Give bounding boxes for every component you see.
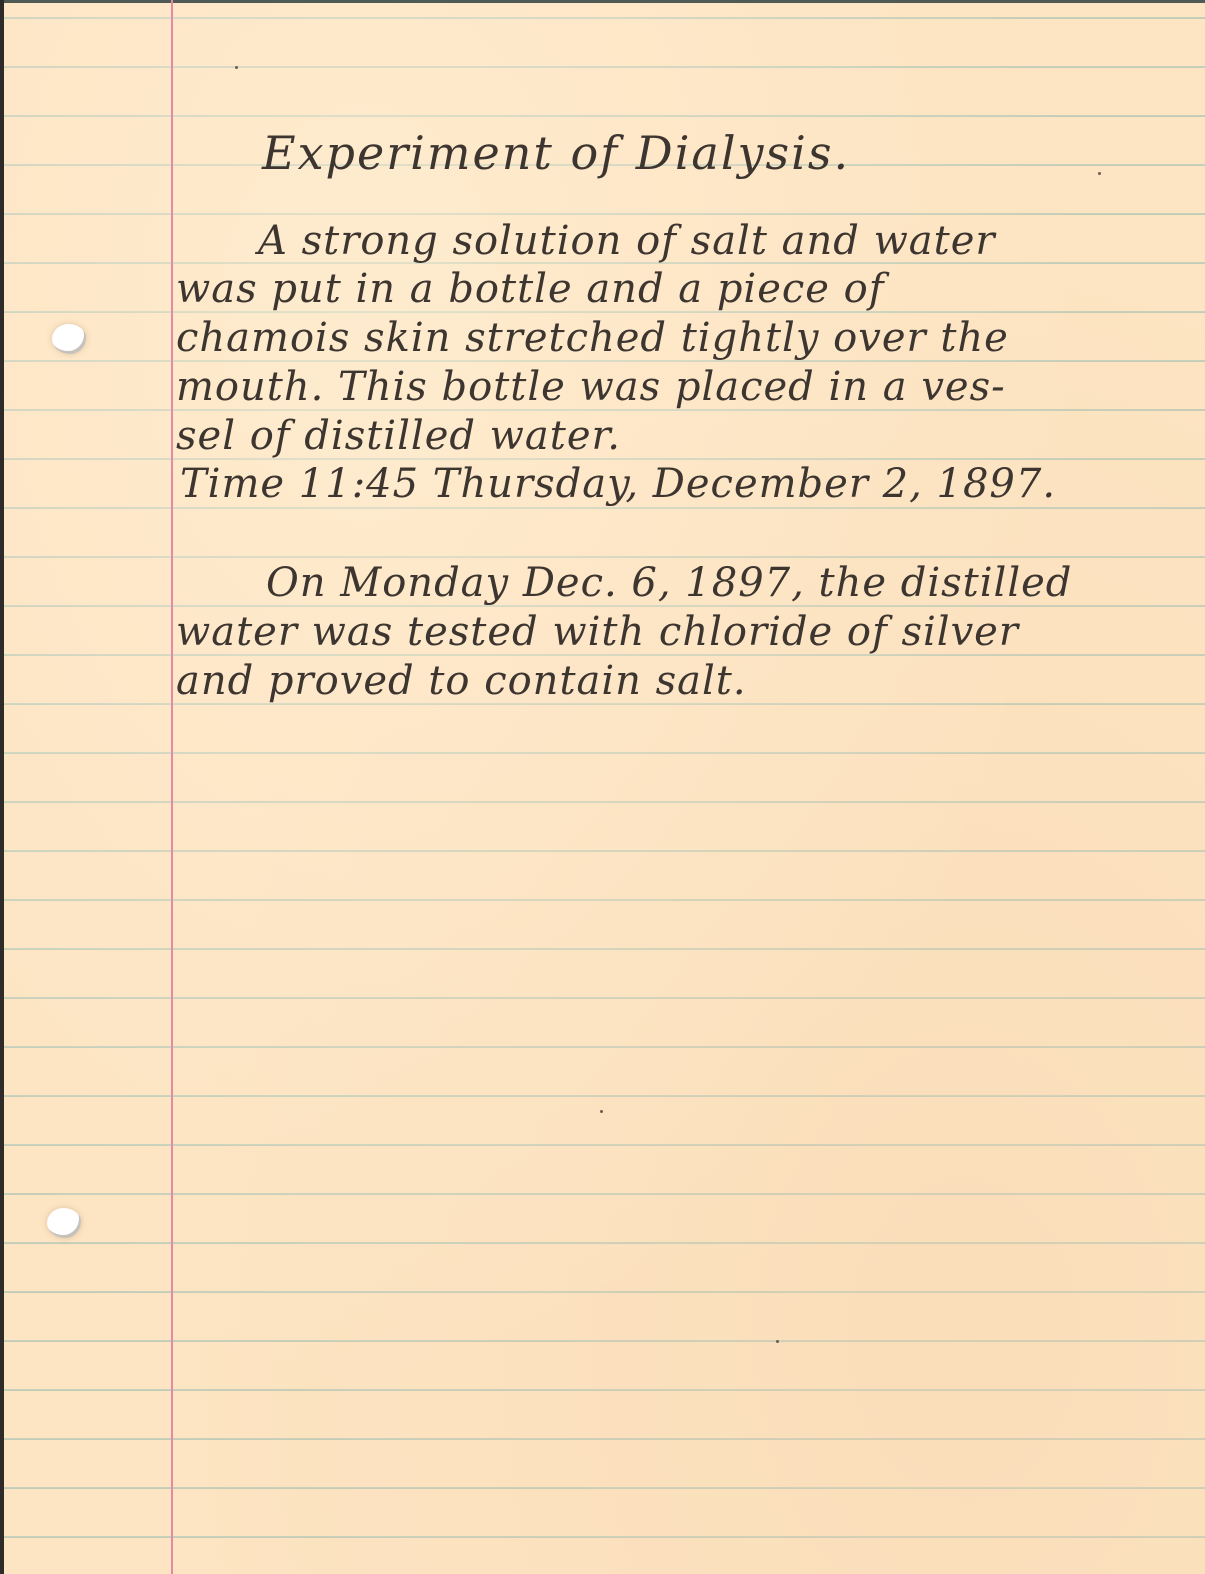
page-left-edge [0, 0, 4, 1574]
page-top-edge [0, 0, 1205, 3]
paragraph-1-line-2: was put in a bottle and a piece of [176, 266, 885, 312]
paragraph-2-line-1: On Monday Dec. 6, 1897, the distilled [266, 560, 1072, 606]
margin-line [171, 0, 173, 1574]
punch-hole-icon [52, 324, 86, 354]
timestamp-line: Time 11:45 Thursday, December 2, 1897. [180, 461, 1056, 507]
paper-speck [1098, 172, 1101, 175]
paragraph-2-line-3: and proved to contain salt. [176, 658, 747, 704]
paragraph-1-line-3: chamois skin stretched tightly over the [176, 315, 1009, 361]
notebook-page: Experiment of Dialysis. A strong solutio… [0, 0, 1205, 1574]
paragraph-1-line-5: sel of distilled water. [176, 413, 621, 459]
page-title: Experiment of Dialysis. [262, 126, 850, 180]
paragraph-2-line-2: water was tested with chloride of silver [176, 609, 1019, 655]
paper-speck [776, 1340, 779, 1343]
paper-speck [600, 1110, 603, 1113]
paper-speck [235, 66, 238, 69]
paragraph-1-line-4: mouth. This bottle was placed in a ves- [176, 364, 1006, 410]
paragraph-1-line-1: A strong solution of salt and water [258, 218, 996, 264]
punch-hole-icon [47, 1208, 81, 1238]
